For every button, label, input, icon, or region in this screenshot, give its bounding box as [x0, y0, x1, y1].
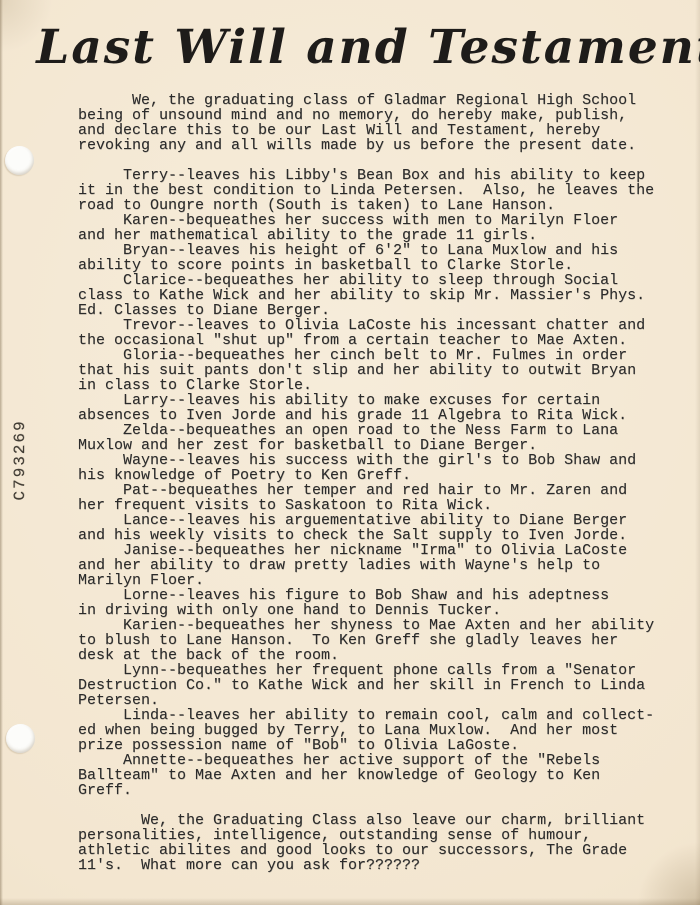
paragraph-gap [78, 798, 680, 813]
paragraph-bequest-larry: Larry--leaves his ability to make excuse… [78, 393, 680, 423]
paragraph-bequest-gloria: Gloria--bequeathes her cinch belt to Mr.… [78, 348, 680, 393]
paragraph-bequest-bryan: Bryan--leaves his height of 6'2" to Lana… [78, 243, 680, 273]
document-paragraphs: We, the graduating class of Gladmar Regi… [78, 93, 680, 873]
document-title: Last Will and Testament [36, 20, 700, 75]
paragraph-bequest-pat: Pat--bequeathes her temper and red hair … [78, 483, 680, 513]
serial-number: C793269 [11, 395, 31, 525]
paragraph-bequest-trevor: Trevor--leaves to Olivia LaCoste his inc… [78, 318, 680, 348]
hole-punch-bottom [6, 724, 35, 753]
paragraph-intro: We, the graduating class of Gladmar Regi… [78, 93, 680, 153]
paragraph-bequest-karien: Karien--bequeathes her shyness to Mae Ax… [78, 618, 680, 663]
hole-punch-top [5, 146, 34, 175]
paragraph-bequest-zelda: Zelda--bequeathes an open road to the Ne… [78, 423, 680, 453]
paragraph-bequest-linda: Linda--leaves her ability to remain cool… [78, 708, 680, 753]
paragraph-bequest-karen: Karen--bequeathes her success with men t… [78, 213, 680, 243]
scanned-page: C793269 Last Will and Testament We, the … [0, 0, 700, 905]
paragraph-bequest-lance: Lance--leaves his arguementative ability… [78, 513, 680, 543]
paragraph-bequest-annette: Annette--bequeathes her active support o… [78, 753, 680, 798]
paragraph-bequest-terry: Terry--leaves his Libby's Bean Box and h… [78, 168, 680, 213]
paragraph-closing: We, the Graduating Class also leave our … [78, 813, 680, 873]
paragraph-bequest-lynn: Lynn--bequeathes her frequent phone call… [78, 663, 680, 708]
paragraph-bequest-lorne: Lorne--leaves his figure to Bob Shaw and… [78, 588, 680, 618]
paragraph-bequest-janise: Janise--bequeathes her nickname "Irma" t… [78, 543, 680, 588]
paragraph-bequest-wayne: Wayne--leaves his success with the girl'… [78, 453, 680, 483]
paragraph-bequest-clarice: Clarice--bequeathes her ability to sleep… [78, 273, 680, 318]
paragraph-gap [78, 153, 680, 168]
